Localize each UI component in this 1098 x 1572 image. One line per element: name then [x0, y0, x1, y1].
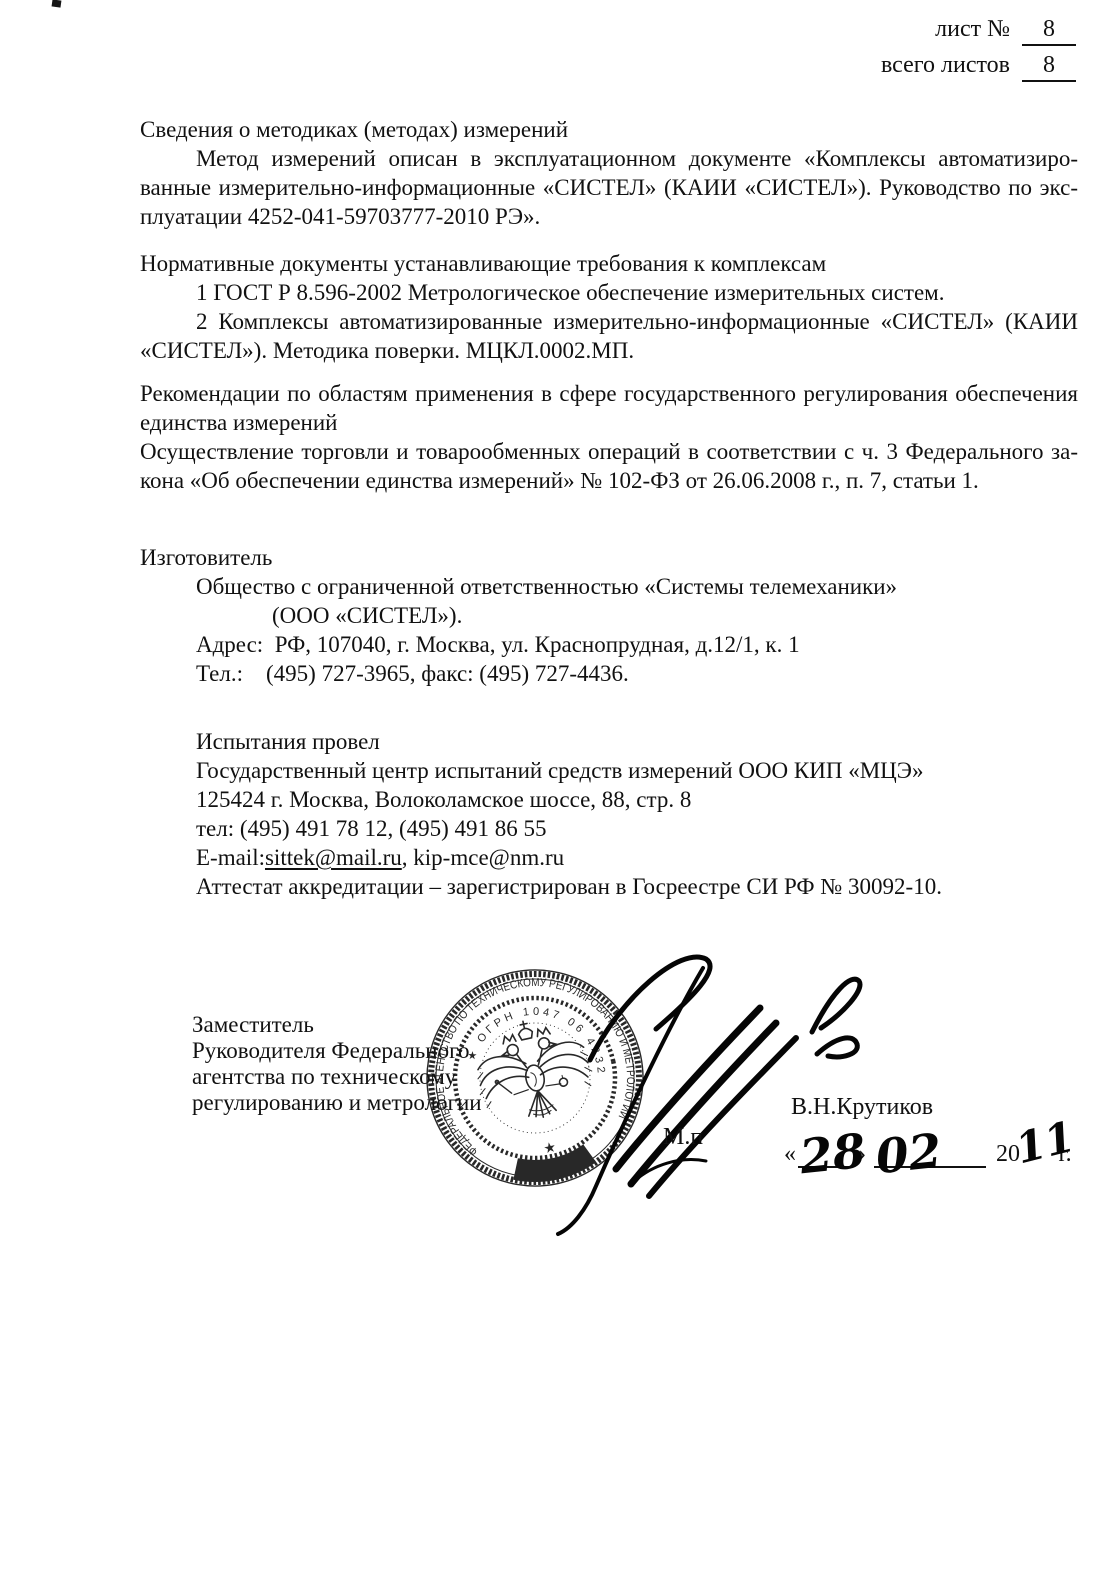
text-line: Испытания провел — [140, 727, 1078, 756]
section-manufacturer: ИзготовительОбщество с ограниченной отве… — [140, 543, 1078, 688]
section-measurement-methods: Сведения о методиках (методах) измерений… — [140, 115, 1078, 231]
total-sheets-row: всего листов8 — [881, 52, 1076, 82]
text-line: Адрес: РФ, 107040, г. Москва, ул. Красно… — [140, 630, 1078, 659]
email-link[interactable]: sittek@mail.ru — [265, 845, 402, 870]
text-span: E-mail: — [196, 845, 265, 870]
text-line: Общество с ограниченной ответственностью… — [140, 572, 1078, 601]
text-line: ванные измерительно-информационные «СИСТ… — [140, 173, 1078, 202]
date-month-blank: 02 — [874, 1134, 986, 1168]
text-line: единства измерений — [140, 408, 1078, 437]
text-line: (ООО «СИСТЕЛ»). — [140, 601, 1078, 630]
text-line: «СИСТЕЛ»). Методика поверки. МЦКЛ.0002.М… — [140, 336, 1078, 365]
text-line: Изготовитель — [140, 543, 1078, 572]
text-span: , kip-mce@nm.ru — [402, 845, 564, 870]
date-day-blank: 28 — [798, 1134, 852, 1168]
text-line: Сведения о методиках (методах) измерений — [140, 115, 1078, 144]
text-line: Государственный центр испытаний средств … — [140, 756, 1078, 785]
text-line: Рекомендации по областям применения в сф… — [140, 379, 1078, 408]
total-sheets-label: всего листов — [881, 52, 1010, 78]
handwritten-month: 02 — [874, 1128, 944, 1182]
total-sheets-number: 8 — [1022, 52, 1076, 82]
section-normative-documents: Нормативные документы устанавливающие тр… — [140, 249, 1078, 365]
mp-label: М.п — [663, 1124, 703, 1151]
text-line: тел: (495) 491 78 12, (495) 491 86 55 — [140, 814, 1078, 843]
text-line: Осуществление торговли и товарообменных … — [140, 437, 1078, 466]
date-line: «28»022011г. — [784, 1126, 1072, 1168]
text-line: 2 Комплексы автоматизированные измерител… — [140, 307, 1078, 336]
quote-open: « — [784, 1141, 796, 1167]
sheet-label: лист № — [935, 16, 1010, 42]
section-testing-center: Испытания провелГосударственный центр ис… — [140, 727, 1078, 901]
text-line: 1 ГОСТ Р 8.596-2002 Метрологическое обес… — [140, 278, 1078, 307]
text-line: Нормативные документы устанавливающие тр… — [140, 249, 1078, 278]
text-line: Метод измерений описан в эксплуатационно… — [140, 144, 1078, 173]
handwritten-signature — [520, 928, 870, 1248]
document-page: лист №8 всего листов8 Сведения о методик… — [0, 0, 1098, 1572]
sheet-number: 8 — [1022, 16, 1076, 46]
text-line: 125424 г. Москва, Волоколамское шоссе, 8… — [140, 785, 1078, 814]
text-line: плуатации 4252-041-59703777-2010 РЭ». — [140, 202, 1078, 231]
section-recommendations: Рекомендации по областям применения в сф… — [140, 379, 1078, 495]
text-line: кона «Об обеспечении единства измерений»… — [140, 466, 1078, 495]
text-line: E-mail:sittek@mail.ru, kip-mce@nm.ru — [140, 843, 1078, 872]
signatory-name: В.Н.Крутиков — [791, 1094, 933, 1121]
sheet-header: лист №8 всего листов8 — [881, 16, 1076, 88]
handwritten-day: 28 — [798, 1128, 868, 1182]
text-line: Аттестат аккредитации – зарегистрирован … — [140, 872, 1078, 901]
text-line: Тел.: (495) 727-3965, факс: (495) 727-44… — [140, 659, 1078, 688]
scan-artifact — [52, 0, 62, 8]
sheet-number-row: лист №8 — [881, 16, 1076, 46]
